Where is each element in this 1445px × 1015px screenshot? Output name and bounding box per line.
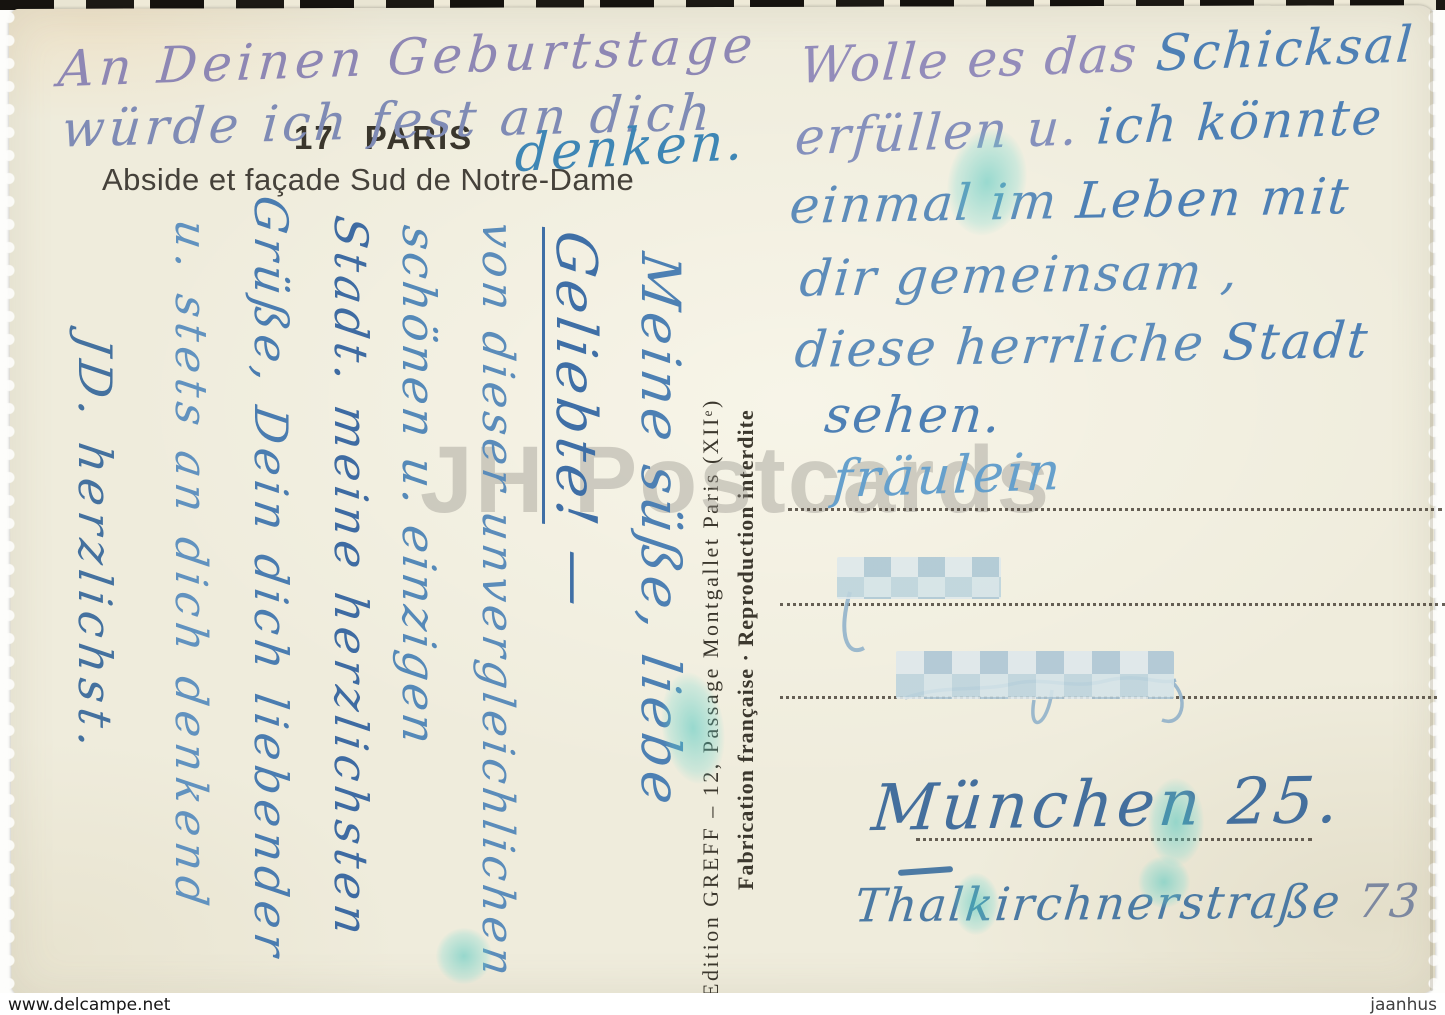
handwriting-top-left-line-3: denken. — [514, 112, 748, 184]
address-salutation: fräulein — [831, 442, 1065, 510]
flourish-dash: — — [543, 524, 608, 615]
teal-ink-smudge — [1148, 778, 1204, 866]
line-segment: einmal im — [788, 172, 1079, 235]
line-segment: Stadt — [1220, 311, 1371, 372]
handwriting-right-line-3: einmal im Leben mit — [788, 167, 1353, 235]
teal-ink-smudge — [1138, 856, 1190, 908]
delcampe-watermark: www.delcampe.net — [8, 995, 170, 1015]
teal-ink-smudge — [436, 928, 492, 984]
handwriting-right-line-5: diese herrliche Stadt — [793, 311, 1372, 379]
censored-street-mosaic — [896, 651, 1174, 699]
line-segment: dir gemeinsam , — [797, 242, 1241, 308]
address-dotted-line-1 — [788, 508, 1442, 511]
handwriting-side-column-5: Stadt. meine herzlichsten — [324, 212, 378, 943]
line-segment: sehen. — [822, 386, 1005, 444]
handwriting-side-column-2: Geliebte! — — [543, 227, 608, 615]
line-segment: Schicksal — [1154, 15, 1416, 82]
underlined-word: Geliebte! — [543, 227, 608, 533]
card-right-edge-shadow — [1430, 10, 1433, 991]
line-segment: diese herrliche — [793, 313, 1226, 379]
handwriting-side-column-4: schönen u. einzigen — [392, 222, 446, 750]
handwriting-right-line-4: dir gemeinsam , — [797, 242, 1241, 308]
line-segment: erfüllen u. — [793, 98, 1099, 167]
handwriting-side-column-8: JD. herzlichst. — [68, 332, 122, 757]
deckled-edge-left — [2, 6, 16, 995]
handwriting-right-line-6: sehen. — [822, 386, 1005, 444]
line-segment: ich könnte — [1095, 88, 1385, 156]
street-number: 73 — [1356, 874, 1424, 929]
street-name: Thalkirchnerstraße — [852, 874, 1361, 932]
jaanhus-watermark: jaanhus — [1370, 995, 1437, 1015]
handwriting-side-column-6: Grüße, Dein dich liebender — [244, 192, 298, 964]
handwriting-side-column-7: u. stets an dich denkend — [165, 217, 216, 915]
teal-ink-smudge — [953, 873, 999, 935]
scanned-postcard-page: 17PARIS Abside et façade Sud de Notre-Da… — [0, 0, 1445, 1015]
handwriting-side-column-3: von dieser unvergleichlichen — [472, 219, 523, 983]
censored-name-mosaic — [837, 557, 1001, 599]
address-city-line: München 25. — [869, 764, 1346, 846]
line-segment: Leben mit — [1074, 167, 1353, 230]
scan-footer-strip: www.delcampe.net jaanhus — [0, 993, 1445, 1015]
